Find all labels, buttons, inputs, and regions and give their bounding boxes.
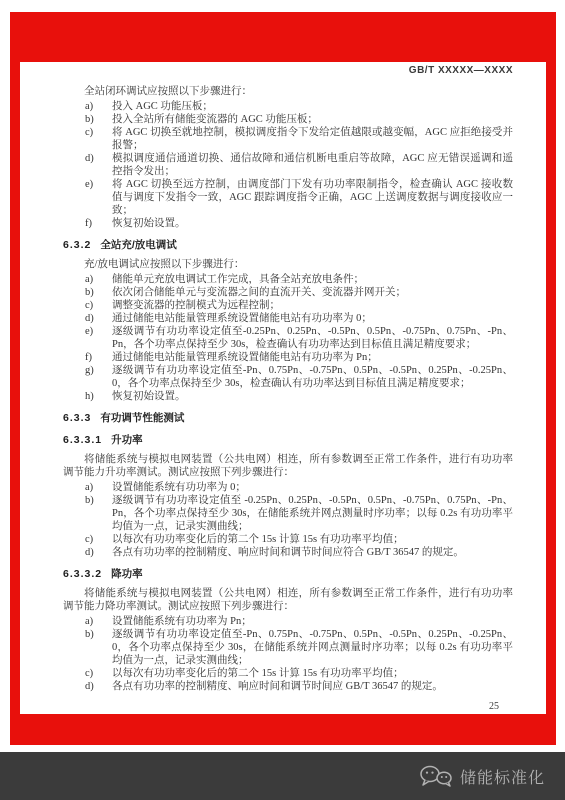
list-item-text: 设置储能系统有功功率为 Pn； (112, 615, 513, 628)
list-item-label: b) (85, 286, 112, 299)
list-item: c)以每次有功功率变化后的第二个 15s 计算 15s 有功功率平均值； (85, 667, 513, 680)
list-item-label: a) (85, 100, 112, 113)
list-item-text: 恢复初始设置。 (112, 217, 513, 230)
list-item-label: e) (85, 325, 112, 351)
list-item-label: h) (85, 390, 112, 403)
section-number: 6.3.3 (63, 412, 91, 424)
list-item-label: c) (85, 299, 112, 312)
list-item-label: d) (85, 312, 112, 325)
list-item-text: 以每次有功功率变化后的第二个 15s 计算 15s 有功功率平均值； (112, 667, 513, 680)
section-title: 降功率 (111, 568, 143, 580)
red-frame-left (10, 12, 20, 745)
list-item-text: 各点有功功率的控制精度、响应时间和调节时间应符合 GB/T 36547 的规定。 (112, 546, 513, 559)
red-frame-top (10, 12, 556, 62)
list-item-text: 通过储能电站能量管理系统设置储能电站有功功率为 Pn； (112, 351, 513, 364)
list-item: d)各点有功功率的控制精度、响应时间和调节时间应符合 GB/T 36547 的规… (85, 546, 513, 559)
list-item: b)依次闭合储能单元与变流器之间的直流开关、变流器并网开关； (85, 286, 513, 299)
list-item-text: 投入全站所有储能变流器的 AGC 功能压板； (112, 113, 513, 126)
list-item: g)逐级调节有功功率设定值至-Pn、0.75Pn、-0.75Pn、0.5Pn、-… (85, 364, 513, 390)
list-item-text: 通过储能电站能量管理系统设置储能电站有功功率为 0； (112, 312, 513, 325)
list-item-label: b) (85, 113, 112, 126)
list-item: d)通过储能电站能量管理系统设置储能电站有功功率为 0； (85, 312, 513, 325)
list-item-text: 逐级调节有功功率设定值至-0.25Pn、0.25Pn、-0.5Pn、0.5Pn、… (112, 325, 513, 351)
list-item-label: a) (85, 481, 112, 494)
red-frame-bottom (10, 714, 556, 745)
list-item-text: 将 AGC 切换至就地控制，模拟调度指令下发给定值越限或越变幅，AGC 应拒绝接… (112, 126, 513, 152)
brand-name: 储能标准化 (460, 765, 545, 788)
list-item-text: 依次闭合储能单元与变流器之间的直流开关、变流器并网开关； (112, 286, 513, 299)
section-title: 有功调节性能测试 (100, 412, 184, 424)
section-heading: 6.3.3.2降功率 (63, 568, 513, 581)
list-item: a)储能单元充放电调试工作完成，具备全站充放电条件； (85, 273, 513, 286)
wechat-bubbles-icon (419, 764, 453, 788)
list-item-text: 逐级调节有功功率设定值至-Pn、0.75Pn、-0.75Pn、0.5Pn、-0.… (112, 628, 513, 667)
paragraph: 全站闭环调试应按照以下步骤进行： (63, 85, 513, 98)
list-item: d)各点有功功率的控制精度、响应时间和调节时间应 GB/T 36547 的规定。 (85, 680, 513, 693)
list-item: b)投入全站所有储能变流器的 AGC 功能压板； (85, 113, 513, 126)
list-item: e)逐级调节有功功率设定值至-0.25Pn、0.25Pn、-0.5Pn、0.5P… (85, 325, 513, 351)
list-item: c)调整变流器的控制模式为远程控制； (85, 299, 513, 312)
list-item: a)投入 AGC 功能压板； (85, 100, 513, 113)
list-item: d)模拟调度通信通道切换、通信故障和通信机断电重启等故障，AGC 应无错误遥调和… (85, 152, 513, 178)
list-item-text: 逐级调节有功功率设定值至 -0.25Pn、0.25Pn、-0.5Pn、0.5Pn… (112, 494, 513, 533)
list-item-label: b) (85, 494, 112, 533)
list-item-label: c) (85, 667, 112, 680)
list-item-label: f) (85, 351, 112, 364)
section-number: 6.3.3.1 (63, 434, 102, 446)
list-item-text: 恢复初始设置。 (112, 390, 513, 403)
list-item-label: d) (85, 152, 112, 178)
list-item-text: 模拟调度通信通道切换、通信故障和通信机断电重启等故障，AGC 应无错误遥调和遥控… (112, 152, 513, 178)
section-heading: 6.3.3.1升功率 (63, 434, 513, 447)
section-number: 6.3.3.2 (63, 568, 102, 580)
page-canvas: GB/T XXXXX—XXXX 全站闭环调试应按照以下步骤进行：a)投入 AGC… (0, 0, 565, 800)
list-item: f)恢复初始设置。 (85, 217, 513, 230)
list-item-label: f) (85, 217, 112, 230)
section-title: 全站充/放电调试 (100, 239, 176, 251)
list-item-text: 以每次有功功率变化后的第二个 15s 计算 15s 有功功率平均值； (112, 533, 513, 546)
list-item: e)将 AGC 切换至远方控制，由调度部门下发有功功率限制指令，检查确认 AGC… (85, 178, 513, 217)
section-title: 升功率 (111, 434, 143, 446)
list-item: c)将 AGC 切换至就地控制，模拟调度指令下发给定值越限或越变幅，AGC 应拒… (85, 126, 513, 152)
list-item: b)逐级调节有功功率设定值至-Pn、0.75Pn、-0.75Pn、0.5Pn、-… (85, 628, 513, 667)
list-item-label: d) (85, 546, 112, 559)
paragraph: 将储能系统与模拟电网装置（公共电网）相连，所有参数调至正常工作条件，进行有功功率… (63, 453, 513, 479)
list-item: b)逐级调节有功功率设定值至 -0.25Pn、0.25Pn、-0.5Pn、0.5… (85, 494, 513, 533)
brand-footer-bar: 储能标准化 (0, 752, 565, 800)
list-item-label: b) (85, 628, 112, 667)
list-item-label: c) (85, 126, 112, 152)
standard-ref-header: GB/T XXXXX—XXXX (63, 64, 513, 77)
paragraph: 充/放电调试应按照以下步骤进行： (63, 258, 513, 271)
list-item-label: a) (85, 273, 112, 286)
brand-lockup: 储能标准化 (419, 764, 545, 788)
list-item-label: a) (85, 615, 112, 628)
list-item-text: 各点有功功率的控制精度、响应时间和调节时间应 GB/T 36547 的规定。 (112, 680, 513, 693)
list-item-label: e) (85, 178, 112, 217)
list-item-label: g) (85, 364, 112, 390)
paragraph: 将储能系统与模拟电网装置（公共电网）相连，所有参数调至正常工作条件，进行有功功率… (63, 587, 513, 613)
section-heading: 6.3.2全站充/放电调试 (63, 239, 513, 252)
list-item-text: 调整变流器的控制模式为远程控制； (112, 299, 513, 312)
document-body: 全站闭环调试应按照以下步骤进行：a)投入 AGC 功能压板；b)投入全站所有储能… (63, 85, 513, 693)
red-frame-right (546, 12, 556, 745)
section-heading: 6.3.3有功调节性能测试 (63, 412, 513, 425)
list-item: f)通过储能电站能量管理系统设置储能电站有功功率为 Pn； (85, 351, 513, 364)
list-item-text: 设置储能系统有功功率为 0； (112, 481, 513, 494)
list-item: a)设置储能系统有功功率为 0； (85, 481, 513, 494)
list-item: c)以每次有功功率变化后的第二个 15s 计算 15s 有功功率平均值； (85, 533, 513, 546)
section-number: 6.3.2 (63, 239, 91, 251)
list-item-label: d) (85, 680, 112, 693)
list-item-text: 投入 AGC 功能压板； (112, 100, 513, 113)
list-item: h)恢复初始设置。 (85, 390, 513, 403)
list-item-text: 将 AGC 切换至远方控制，由调度部门下发有功功率限制指令，检查确认 AGC 接… (112, 178, 513, 217)
list-item: a)设置储能系统有功功率为 Pn； (85, 615, 513, 628)
document-page: GB/T XXXXX—XXXX 全站闭环调试应按照以下步骤进行：a)投入 AGC… (63, 64, 513, 713)
page-number: 25 (63, 700, 513, 713)
list-item-label: c) (85, 533, 112, 546)
list-item-text: 储能单元充放电调试工作完成，具备全站充放电条件； (112, 273, 513, 286)
list-item-text: 逐级调节有功功率设定值至-Pn、0.75Pn、-0.75Pn、0.5Pn、-0.… (112, 364, 513, 390)
